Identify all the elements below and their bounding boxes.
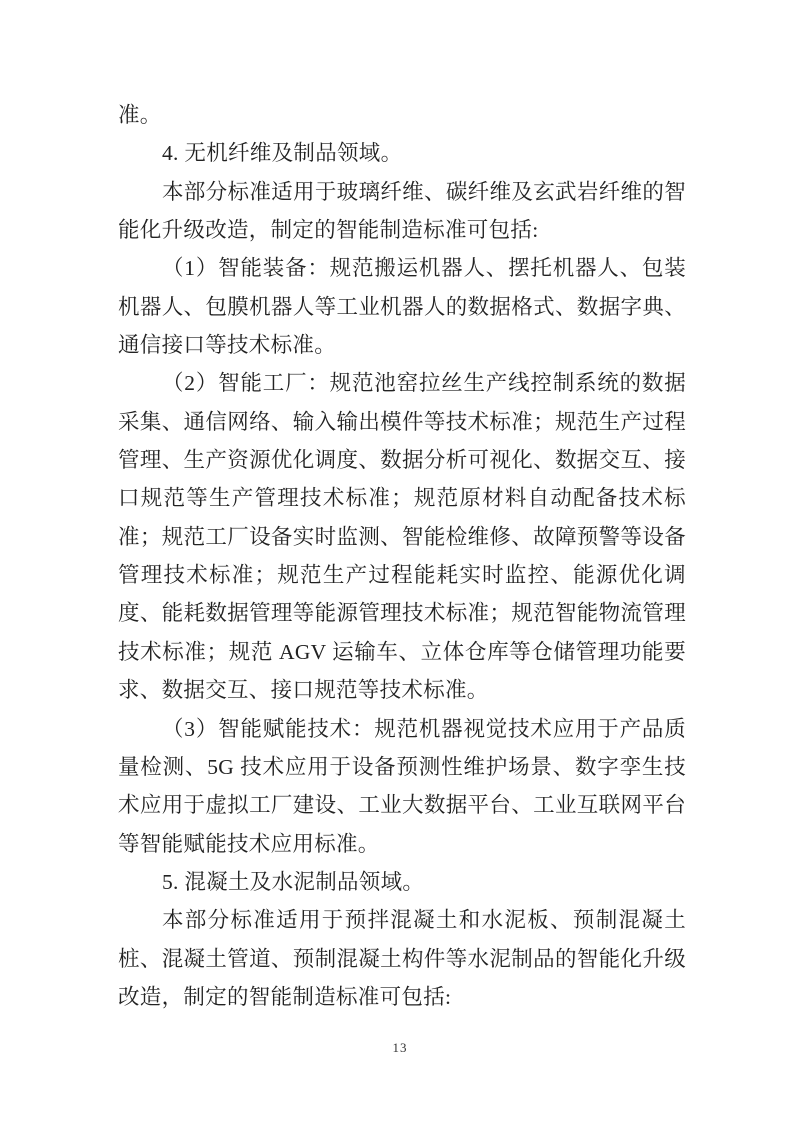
paragraph-item-3-smart-enabling-tech: （3）智能赋能技术：规范机器视觉技术应用于产品质量检测、5G 技术应用于设备预测…: [118, 710, 686, 863]
paragraph-continuation: 准。: [118, 96, 686, 134]
paragraph-item-1-smart-equipment: （1）智能装备：规范搬运机器人、摆托机器人、包装机器人、包膜机器人等工业机器人的…: [118, 249, 686, 364]
text-block: 准。 4. 无机纤维及制品领域。 本部分标准适用于玻璃纤维、碳纤维及玄武岩纤维的…: [118, 96, 686, 1016]
page-number: 13: [0, 1040, 800, 1056]
section-heading-4: 4. 无机纤维及制品领域。: [118, 134, 686, 172]
paragraph-item-2-smart-factory: （2）智能工厂：规范池窑拉丝生产线控制系统的数据采集、通信网络、输入输出模件等技…: [118, 364, 686, 709]
section-heading-5: 5. 混凝土及水泥制品领域。: [118, 863, 686, 901]
document-page: 准。 4. 无机纤维及制品领域。 本部分标准适用于玻璃纤维、碳纤维及玄武岩纤维的…: [0, 0, 800, 1131]
paragraph-scope-5: 本部分标准适用于预拌混凝土和水泥板、预制混凝土桩、混凝土管道、预制混凝土构件等水…: [118, 901, 686, 1016]
paragraph-scope-4: 本部分标准适用于玻璃纤维、碳纤维及玄武岩纤维的智能化升级改造，制定的智能制造标准…: [118, 173, 686, 250]
